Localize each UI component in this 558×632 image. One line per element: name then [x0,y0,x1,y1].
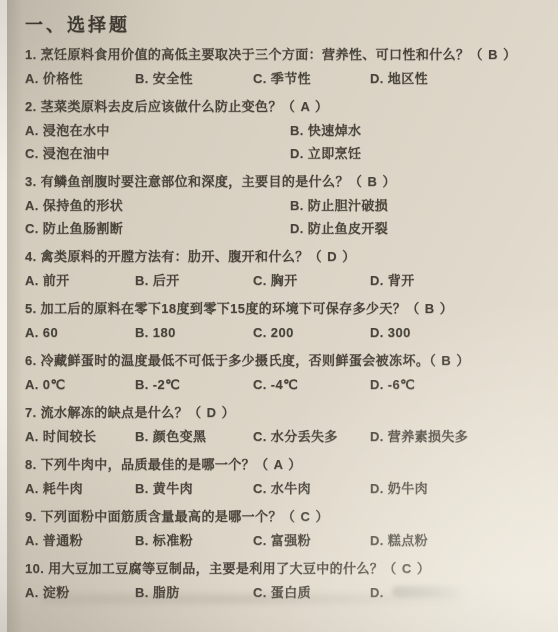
answer-marker: （ B ） [349,174,397,189]
option-d: D. 奶牛肉 [370,479,546,499]
question-5: 5. 加工后的原料在零下18度到零下15度的环境下可保存多少天？（ B ） A.… [25,299,546,343]
option-c: C. 浸泡在油中 [25,144,290,164]
option-a: A. 0℃ [25,375,135,395]
question-text: 1. 烹饪原料食用价值的高低主要取决于三个方面：营养性、可口性和什么？ [25,47,469,62]
option-d: D. -6℃ [370,375,546,395]
option-b: B. -2℃ [135,375,253,395]
question-8: 8. 下列牛肉中，品质最佳的是哪一个？（ A ） A. 耗牛肉 B. 黄牛肉 C… [25,455,546,499]
option-c: C. 季节性 [253,69,370,89]
question-9: 9. 下列面粉中面筋质含量最高的是哪一个？（ C ） A. 普通粉 B. 标准粉… [25,507,546,551]
option-b: B. 安全性 [135,69,253,89]
answer-marker: （ B ） [469,47,517,62]
answer-marker: （ C ） [383,561,431,576]
question-line: 6. 冷藏鲜蛋时的温度最低不可低于多少摄氏度，否则鲜蛋会被冻坏。（ B ） [25,351,546,371]
answer-marker: （ C ） [282,509,330,524]
answer-marker: （ A ） [255,457,302,472]
question-text: 2. 茎菜类原料去皮后应该做什么防止变色？ [25,99,282,114]
question-text: 4. 禽类原料的开膛方法有：肋开、腹开和什么？ [25,249,309,264]
quiz-page: 一、选择题 1. 烹饪原料食用价值的高低主要取决于三个方面：营养性、可口性和什么… [0,0,558,632]
option-a: A. 前开 [25,271,135,291]
option-c: C. 200 [253,323,370,343]
options-row: A. 60 B. 180 C. 200 D. 300 [25,323,546,343]
section-title: 一、选择题 [25,13,546,37]
answer-marker: （ A ） [282,99,329,114]
option-d: D. 背开 [370,271,546,291]
question-10: 10. 用大豆加工豆腐等豆制品，主要是利用了大豆中的什么？（ C ） A. 淀粉… [25,559,546,603]
question-text: 3. 有鳞鱼剖腹时要注意部位和深度，主要目的是什么？ [25,174,349,189]
question-line: 7. 流水解冻的缺点是什么？（ D ） [25,403,546,423]
option-c: C. 水牛肉 [253,479,370,499]
options-grid: A. 保持鱼的形状 B. 防止胆汁破损 C. 防止鱼肠割断 D. 防止鱼皮开裂 [25,196,546,239]
option-c: C. 富强粉 [253,531,370,551]
option-a: A. 时间较长 [25,427,135,447]
question-line: 10. 用大豆加工豆腐等豆制品，主要是利用了大豆中的什么？（ C ） [25,559,546,579]
question-line: 1. 烹饪原料食用价值的高低主要取决于三个方面：营养性、可口性和什么？（ B ） [25,45,546,65]
option-b: B. 180 [135,323,253,343]
answer-marker: （ D ） [309,249,357,264]
question-text: 6. 冷藏鲜蛋时的温度最低不可低于多少摄氏度，否则鲜蛋会被冻坏。 [25,353,429,368]
obscured-text-smudge [392,586,466,597]
quiz-content: 一、选择题 1. 烹饪原料食用价值的高低主要取决于三个方面：营养性、可口性和什么… [0,0,558,603]
option-c: C. 胸开 [253,271,370,291]
option-d: D. 地区性 [370,69,546,89]
option-a: A. 60 [25,323,135,343]
option-d: D. 防止鱼皮开裂 [290,219,546,239]
question-text: 9. 下列面粉中面筋质含量最高的是哪一个？ [25,509,282,524]
question-text: 5. 加工后的原料在零下18度到零下15度的环境下可保存多少天？ [25,301,406,316]
option-d: D. [370,583,546,603]
option-b: B. 脂肪 [135,583,253,603]
option-d: D. 立即烹饪 [290,144,546,164]
option-a: A. 浸泡在水中 [25,121,290,141]
question-4: 4. 禽类原料的开膛方法有：肋开、腹开和什么？（ D ） A. 前开 B. 后开… [25,247,546,291]
question-line: 4. 禽类原料的开膛方法有：肋开、腹开和什么？（ D ） [25,247,546,267]
option-b: B. 黄牛肉 [135,479,253,499]
options-row: A. 普通粉 B. 标准粉 C. 富强粉 D. 糕点粉 [25,531,546,551]
option-c: C. -4℃ [253,375,370,395]
option-c: C. 防止鱼肠割断 [25,219,290,239]
option-d: D. 300 [370,323,546,343]
question-text: 7. 流水解冻的缺点是什么？ [25,405,188,420]
options-row: A. 耗牛肉 B. 黄牛肉 C. 水牛肉 D. 奶牛肉 [25,479,546,499]
question-line: 2. 茎菜类原料去皮后应该做什么防止变色？（ A ） [25,97,546,117]
option-b: B. 颜色变黑 [135,427,253,447]
question-line: 5. 加工后的原料在零下18度到零下15度的环境下可保存多少天？（ B ） [25,299,546,319]
question-2: 2. 茎菜类原料去皮后应该做什么防止变色？（ A ） A. 浸泡在水中 B. 快… [25,97,546,164]
answer-marker: （ B ） [406,301,454,316]
option-d-label: D. [370,585,384,600]
option-a: A. 保持鱼的形状 [25,196,290,216]
options-row: A. 价格性 B. 安全性 C. 季节性 D. 地区性 [25,69,546,89]
question-7: 7. 流水解冻的缺点是什么？（ D ） A. 时间较长 B. 颜色变黑 C. 水… [25,403,546,447]
question-line: 8. 下列牛肉中，品质最佳的是哪一个？（ A ） [25,455,546,475]
question-1: 1. 烹饪原料食用价值的高低主要取决于三个方面：营养性、可口性和什么？（ B ）… [25,45,546,89]
question-6: 6. 冷藏鲜蛋时的温度最低不可低于多少摄氏度，否则鲜蛋会被冻坏。（ B ） A.… [25,351,546,395]
answer-marker: （ D ） [188,405,236,420]
option-a: A. 价格性 [25,69,135,89]
option-a: A. 淀粉 [25,583,135,603]
question-3: 3. 有鳞鱼剖腹时要注意部位和深度，主要目的是什么？（ B ） A. 保持鱼的形… [25,172,546,239]
options-grid: A. 浸泡在水中 B. 快速焯水 C. 浸泡在油中 D. 立即烹饪 [25,121,546,164]
option-b: B. 标准粉 [135,531,253,551]
option-d: D. 营养素损失多 [370,427,546,447]
option-d: D. 糕点粉 [370,531,546,551]
option-b: B. 快速焯水 [290,121,546,141]
answer-marker: （ B ） [429,353,470,368]
question-line: 3. 有鳞鱼剖腹时要注意部位和深度，主要目的是什么？（ B ） [25,172,546,192]
options-row: A. 前开 B. 后开 C. 胸开 D. 背开 [25,271,546,291]
options-row: A. 时间较长 B. 颜色变黑 C. 水分丢失多 D. 营养素损失多 [25,427,546,447]
option-b: B. 防止胆汁破损 [290,196,546,216]
options-row: A. 0℃ B. -2℃ C. -4℃ D. -6℃ [25,375,546,395]
option-a: A. 普通粉 [25,531,135,551]
option-b: B. 后开 [135,271,253,291]
question-text: 8. 下列牛肉中，品质最佳的是哪一个？ [25,457,255,472]
option-a: A. 耗牛肉 [25,479,135,499]
option-c: C. 水分丢失多 [253,427,370,447]
question-text: 10. 用大豆加工豆腐等豆制品，主要是利用了大豆中的什么？ [25,561,383,576]
question-line: 9. 下列面粉中面筋质含量最高的是哪一个？（ C ） [25,507,546,527]
option-c: C. 蛋白质 [253,583,370,603]
options-row: A. 淀粉 B. 脂肪 C. 蛋白质 D. [25,583,546,603]
